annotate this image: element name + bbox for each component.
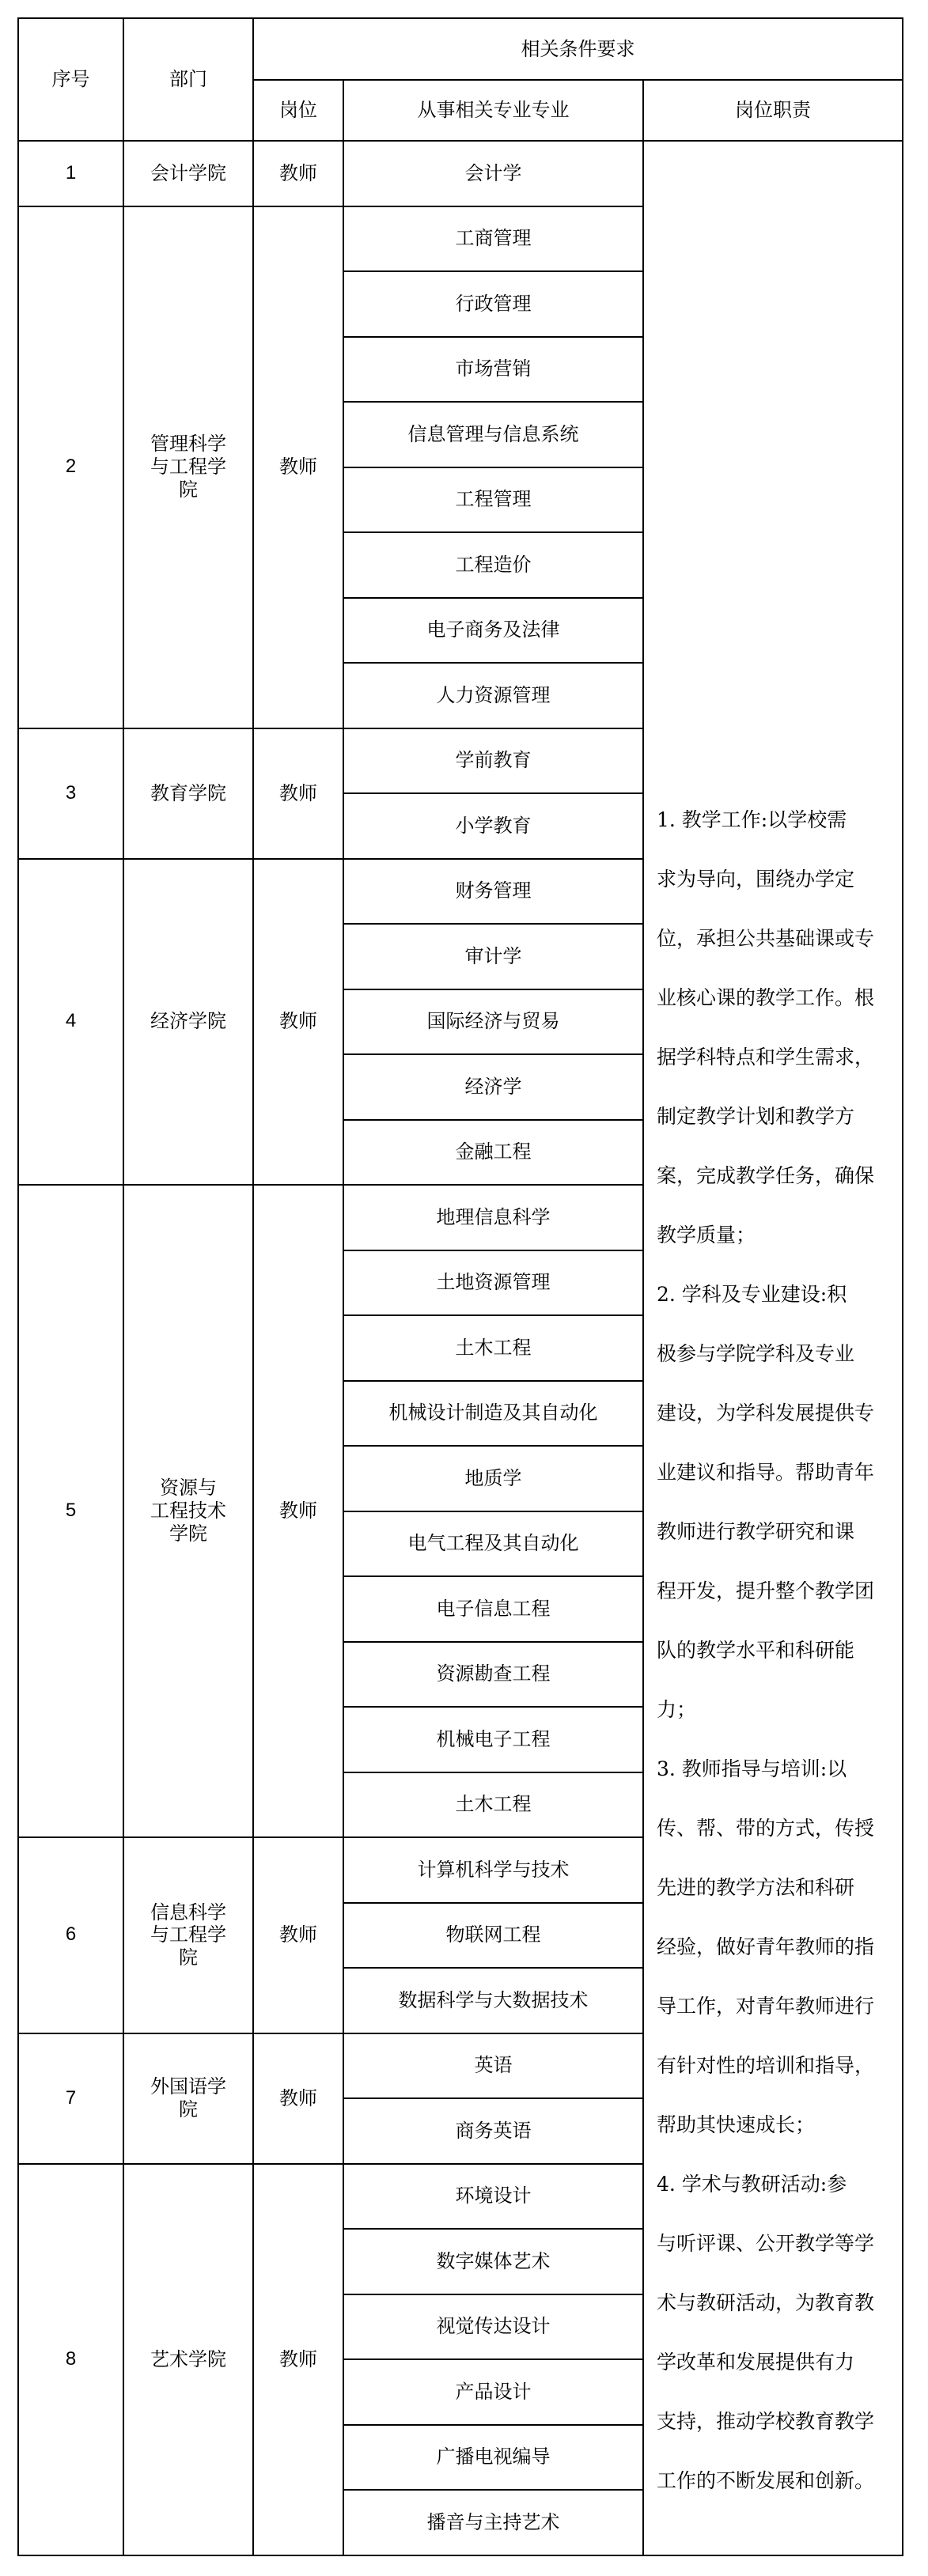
duty-text-line: 业核心课的教学工作。根 <box>657 968 894 1027</box>
dept-name-line: 艺术学院 <box>124 2348 252 2371</box>
seq-cell: 2 <box>18 206 123 728</box>
dept-cell: 经济学院 <box>123 859 253 1186</box>
major-cell: 商务英语 <box>343 2098 643 2164</box>
dept-cell: 信息科学与工程学院 <box>123 1837 253 2033</box>
recruitment-table: 序号 部门 相关条件要求 岗位 从事相关专业专业 岗位职责 1会计学院教师会计学… <box>17 17 903 2556</box>
major-cell: 土木工程 <box>343 1315 643 1381</box>
duty-text-line: 传、帮、带的方式，传授 <box>657 1799 894 1858</box>
dept-name-line: 资源与 <box>124 1477 252 1500</box>
header-post: 岗位 <box>253 80 343 141</box>
major-cell: 财务管理 <box>343 859 643 925</box>
major-cell: 电子信息工程 <box>343 1576 643 1642</box>
duty-text-line: 力； <box>657 1680 894 1739</box>
dept-name-line: 与工程学 <box>124 456 252 479</box>
major-cell: 资源勘查工程 <box>343 1642 643 1708</box>
duty-text-line: 位，承担公共基础课或专 <box>657 909 894 968</box>
seq-cell: 1 <box>18 141 123 206</box>
table-row: 1会计学院教师会计学1. 教学工作:以学校需求为导向，围绕办学定位，承担公共基础… <box>18 141 903 206</box>
duty-text-line: 4. 学术与教研活动:参 <box>657 2154 894 2214</box>
major-cell: 计算机科学与技术 <box>343 1837 643 1903</box>
dept-cell: 管理科学与工程学院 <box>123 206 253 728</box>
major-cell: 工程管理 <box>343 467 643 533</box>
header-dept: 部门 <box>123 18 253 141</box>
seq-cell: 4 <box>18 859 123 1186</box>
duty-text-line: 与听评课、公开教学等学 <box>657 2214 894 2273</box>
post-cell: 教师 <box>253 1185 343 1837</box>
duty-text-line: 经验，做好青年教师的指 <box>657 1917 894 1976</box>
major-cell: 金融工程 <box>343 1120 643 1186</box>
dept-cell: 教育学院 <box>123 728 253 859</box>
duty-text-line: 求为导向，围绕办学定 <box>657 849 894 909</box>
dept-name-line: 信息科学 <box>124 1901 252 1924</box>
major-cell: 电子商务及法律 <box>343 598 643 664</box>
dept-cell: 艺术学院 <box>123 2164 253 2555</box>
post-cell: 教师 <box>253 2164 343 2555</box>
dept-cell: 外国语学院 <box>123 2033 253 2164</box>
major-cell: 行政管理 <box>343 271 643 337</box>
major-cell: 广播电视编导 <box>343 2425 643 2491</box>
major-cell: 英语 <box>343 2033 643 2099</box>
major-cell: 电气工程及其自动化 <box>343 1511 643 1577</box>
header-major: 从事相关专业专业 <box>343 80 643 141</box>
major-cell: 会计学 <box>343 141 643 206</box>
duty-text-line: 2. 学科及专业建设:积 <box>657 1265 894 1324</box>
header-duty: 岗位职责 <box>643 80 903 141</box>
dept-name-line: 与工程学 <box>124 1923 252 1946</box>
dept-name-line: 会计学院 <box>124 162 252 185</box>
dept-cell: 会计学院 <box>123 141 253 206</box>
duty-text-line: 程开发，提升整个教学团 <box>657 1561 894 1621</box>
duty-text-line: 先进的教学方法和科研 <box>657 1858 894 1917</box>
duty-text-line: 有针对性的培训和指导， <box>657 2036 894 2095</box>
major-cell: 地质学 <box>343 1446 643 1511</box>
duty-text-line: 学改革和发展提供有力 <box>657 2332 894 2392</box>
duty-text-line: 工作的不断发展和创新。 <box>657 2451 894 2510</box>
duty-text-line: 3. 教师指导与培训:以 <box>657 1739 894 1799</box>
duty-text-line: 帮助其快速成长； <box>657 2095 894 2154</box>
seq-cell: 8 <box>18 2164 123 2555</box>
duty-text-line: 支持，推动学校教育教学 <box>657 2392 894 2451</box>
header-requirements-group: 相关条件要求 <box>253 18 903 80</box>
duty-text-line: 极参与学院学科及专业 <box>657 1324 894 1383</box>
major-cell: 产品设计 <box>343 2359 643 2425</box>
major-cell: 工商管理 <box>343 206 643 272</box>
seq-cell: 5 <box>18 1185 123 1837</box>
post-cell: 教师 <box>253 2033 343 2164</box>
duty-text-line: 据学科特点和学生需求， <box>657 1027 894 1087</box>
duty-text-line: 教师进行教学研究和课 <box>657 1502 894 1561</box>
duty-text-line: 制定教学计划和教学方 <box>657 1087 894 1146</box>
dept-name-line: 院 <box>124 1946 252 1969</box>
duty-text-line: 案，完成教学任务，确保 <box>657 1146 894 1205</box>
major-cell: 经济学 <box>343 1054 643 1120</box>
duty-text-line: 教学质量； <box>657 1205 894 1265</box>
major-cell: 视觉传达设计 <box>343 2294 643 2360</box>
major-cell: 数据科学与大数据技术 <box>343 1968 643 2033</box>
seq-cell: 6 <box>18 1837 123 2033</box>
table-body: 1会计学院教师会计学1. 教学工作:以学校需求为导向，围绕办学定位，承担公共基础… <box>18 141 903 2555</box>
major-cell: 人力资源管理 <box>343 663 643 728</box>
dept-name-line: 管理科学 <box>124 433 252 456</box>
dept-name-line: 院 <box>124 2098 252 2121</box>
post-cell: 教师 <box>253 859 343 1186</box>
duty-text-line: 导工作，对青年教师进行 <box>657 1976 894 2036</box>
major-cell: 学前教育 <box>343 728 643 794</box>
duty-text-line: 队的教学水平和科研能 <box>657 1621 894 1680</box>
major-cell: 环境设计 <box>343 2164 643 2230</box>
major-cell: 物联网工程 <box>343 1903 643 1969</box>
seq-cell: 7 <box>18 2033 123 2164</box>
major-cell: 播音与主持艺术 <box>343 2490 643 2555</box>
major-cell: 工程造价 <box>343 532 643 598</box>
dept-name-line: 教育学院 <box>124 782 252 805</box>
post-cell: 教师 <box>253 1837 343 2033</box>
dept-name-line: 工程技术 <box>124 1500 252 1523</box>
dept-name-line: 外国语学 <box>124 2075 252 2098</box>
dept-name-line: 经济学院 <box>124 1010 252 1033</box>
dept-name-line: 院 <box>124 479 252 501</box>
major-cell: 机械设计制造及其自动化 <box>343 1381 643 1447</box>
seq-cell: 3 <box>18 728 123 859</box>
major-cell: 土地资源管理 <box>343 1250 643 1316</box>
major-cell: 小学教育 <box>343 793 643 859</box>
dept-name-line: 学院 <box>124 1523 252 1545</box>
header-seq: 序号 <box>18 18 123 141</box>
major-cell: 机械电子工程 <box>343 1707 643 1772</box>
duty-cell: 1. 教学工作:以学校需求为导向，围绕办学定位，承担公共基础课或专业核心课的教学… <box>643 141 903 2555</box>
major-cell: 国际经济与贸易 <box>343 989 643 1055</box>
duty-text-line: 建设，为学科发展提供专 <box>657 1383 894 1443</box>
post-cell: 教师 <box>253 728 343 859</box>
major-cell: 审计学 <box>343 924 643 989</box>
post-cell: 教师 <box>253 206 343 728</box>
major-cell: 数字媒体艺术 <box>343 2229 643 2294</box>
major-cell: 地理信息科学 <box>343 1185 643 1250</box>
post-cell: 教师 <box>253 141 343 206</box>
major-cell: 土木工程 <box>343 1772 643 1838</box>
duty-text-line: 业建议和指导。帮助青年 <box>657 1443 894 1502</box>
major-cell: 市场营销 <box>343 337 643 403</box>
dept-cell: 资源与工程技术学院 <box>123 1185 253 1837</box>
duty-text-line: 术与教研活动，为教育教 <box>657 2273 894 2332</box>
major-cell: 信息管理与信息系统 <box>343 402 643 467</box>
duty-text-line: 1. 教学工作:以学校需 <box>657 790 894 849</box>
